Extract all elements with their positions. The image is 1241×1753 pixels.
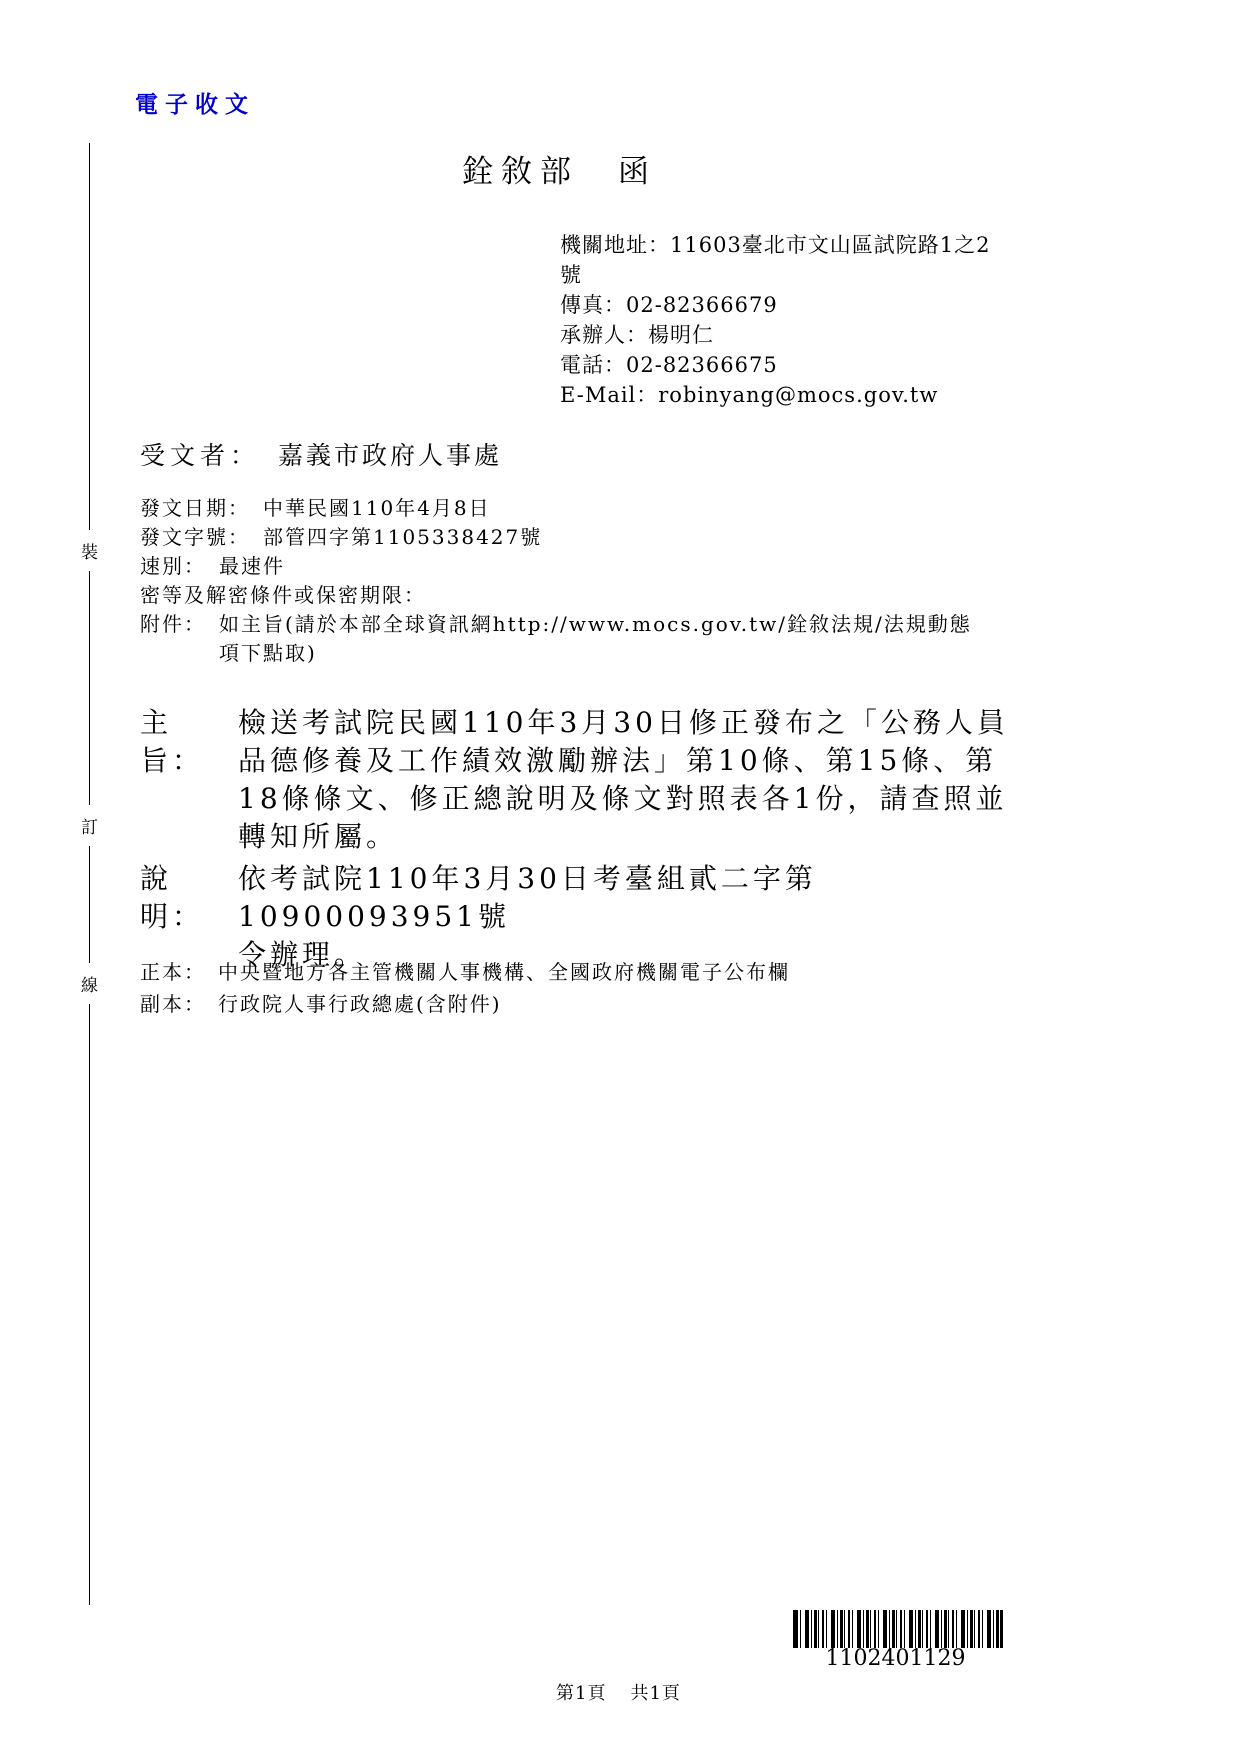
speed-value: 最速件 [219, 552, 285, 581]
attachment-label: 附件： [140, 610, 206, 639]
subject-text: 檢送考試院民國110年3月30日修正發布之「公務人員 品德修養及工作績效激勵辦法… [238, 704, 1038, 856]
original-copy-label: 正本： [140, 956, 206, 988]
binding-margin-char-zhuang: 裝 [77, 530, 102, 571]
cc-copy-value: 行政院人事行政總處(含附件) [218, 988, 502, 1020]
speed-label: 速別： [140, 552, 206, 581]
doc-number-row: 發文字號： 部管四字第1105338427號 [140, 523, 1100, 552]
issue-date-row: 發文日期： 中華民國110年4月8日 [140, 494, 1100, 523]
recipient-line: 受文者： 嘉義市政府人事處 [140, 436, 502, 472]
document-meta-block: 發文日期： 中華民國110年4月8日 發文字號： 部管四字第1105338427… [140, 494, 1100, 668]
attachment-value: 如主旨(請於本部全球資訊網http://www.mocs.gov.tw/銓敘法規… [219, 610, 972, 668]
binding-margin-char-ding: 訂 [77, 805, 102, 846]
subject-block: 主旨： 檢送考試院民國110年3月30日修正發布之「公務人員 品德修養及工作績效… [140, 704, 1038, 856]
sender-email: E-Mail：robinyang@mocs.gov.tw [560, 380, 1020, 410]
issue-date-label: 發文日期： [140, 494, 250, 523]
barcode-image [793, 1610, 1003, 1648]
doc-number-value: 部管四字第1105338427號 [263, 523, 542, 552]
electronic-receipt-stamp: 電子收文 [135, 86, 255, 119]
attachment-row: 附件： 如主旨(請於本部全球資訊網http://www.mocs.gov.tw/… [140, 610, 1100, 668]
original-copy-row: 正本： 中央暨地方各主管機關人事機構、全國政府機關電子公布欄 [140, 956, 790, 988]
recipient-value: 嘉義市政府人事處 [278, 436, 502, 472]
original-copy-value: 中央暨地方各主管機關人事機構、全國政府機關電子公布欄 [218, 956, 790, 988]
speed-row: 速別： 最速件 [140, 552, 1100, 581]
binding-margin-line [89, 143, 90, 1605]
copies-block: 正本： 中央暨地方各主管機關人事機構、全國政府機關電子公布欄 副本： 行政院人事… [140, 956, 790, 1020]
doc-number-label: 發文字號： [140, 523, 250, 552]
sender-phone: 電話：02-82366675 [560, 350, 1020, 380]
footer-total-pages: 共1頁 [630, 1679, 680, 1705]
cc-copy-row: 副本： 行政院人事行政總處(含附件) [140, 988, 790, 1020]
recipient-label: 受文者： [140, 436, 260, 472]
barcode-number: 1102401129 [793, 1646, 998, 1671]
sender-info-block: 機關地址：11603臺北市文山區試院路1之2 號 傳真：02-82366679 … [560, 230, 1020, 410]
security-label: 密等及解密條件或保密期限： [140, 581, 426, 610]
sender-fax: 傳真：02-82366679 [560, 290, 1020, 320]
page-footer: 第1頁 共1頁 [556, 1679, 681, 1705]
sender-contact-person: 承辦人：楊明仁 [560, 320, 1020, 350]
document-title: 銓敘部 函 [462, 146, 657, 191]
official-letter-page: { "stamp": { "label": "電子收文" }, "header"… [0, 0, 1241, 1753]
binding-margin-char-xian: 線 [77, 963, 102, 1004]
subject-label: 主旨： [140, 704, 228, 856]
security-row: 密等及解密條件或保密期限： [140, 581, 1100, 610]
issue-date-value: 中華民國110年4月8日 [263, 494, 491, 523]
cc-copy-label: 副本： [140, 988, 206, 1020]
sender-address: 機關地址：11603臺北市文山區試院路1之2 號 [560, 230, 1020, 290]
footer-page-number: 第1頁 [556, 1679, 606, 1705]
